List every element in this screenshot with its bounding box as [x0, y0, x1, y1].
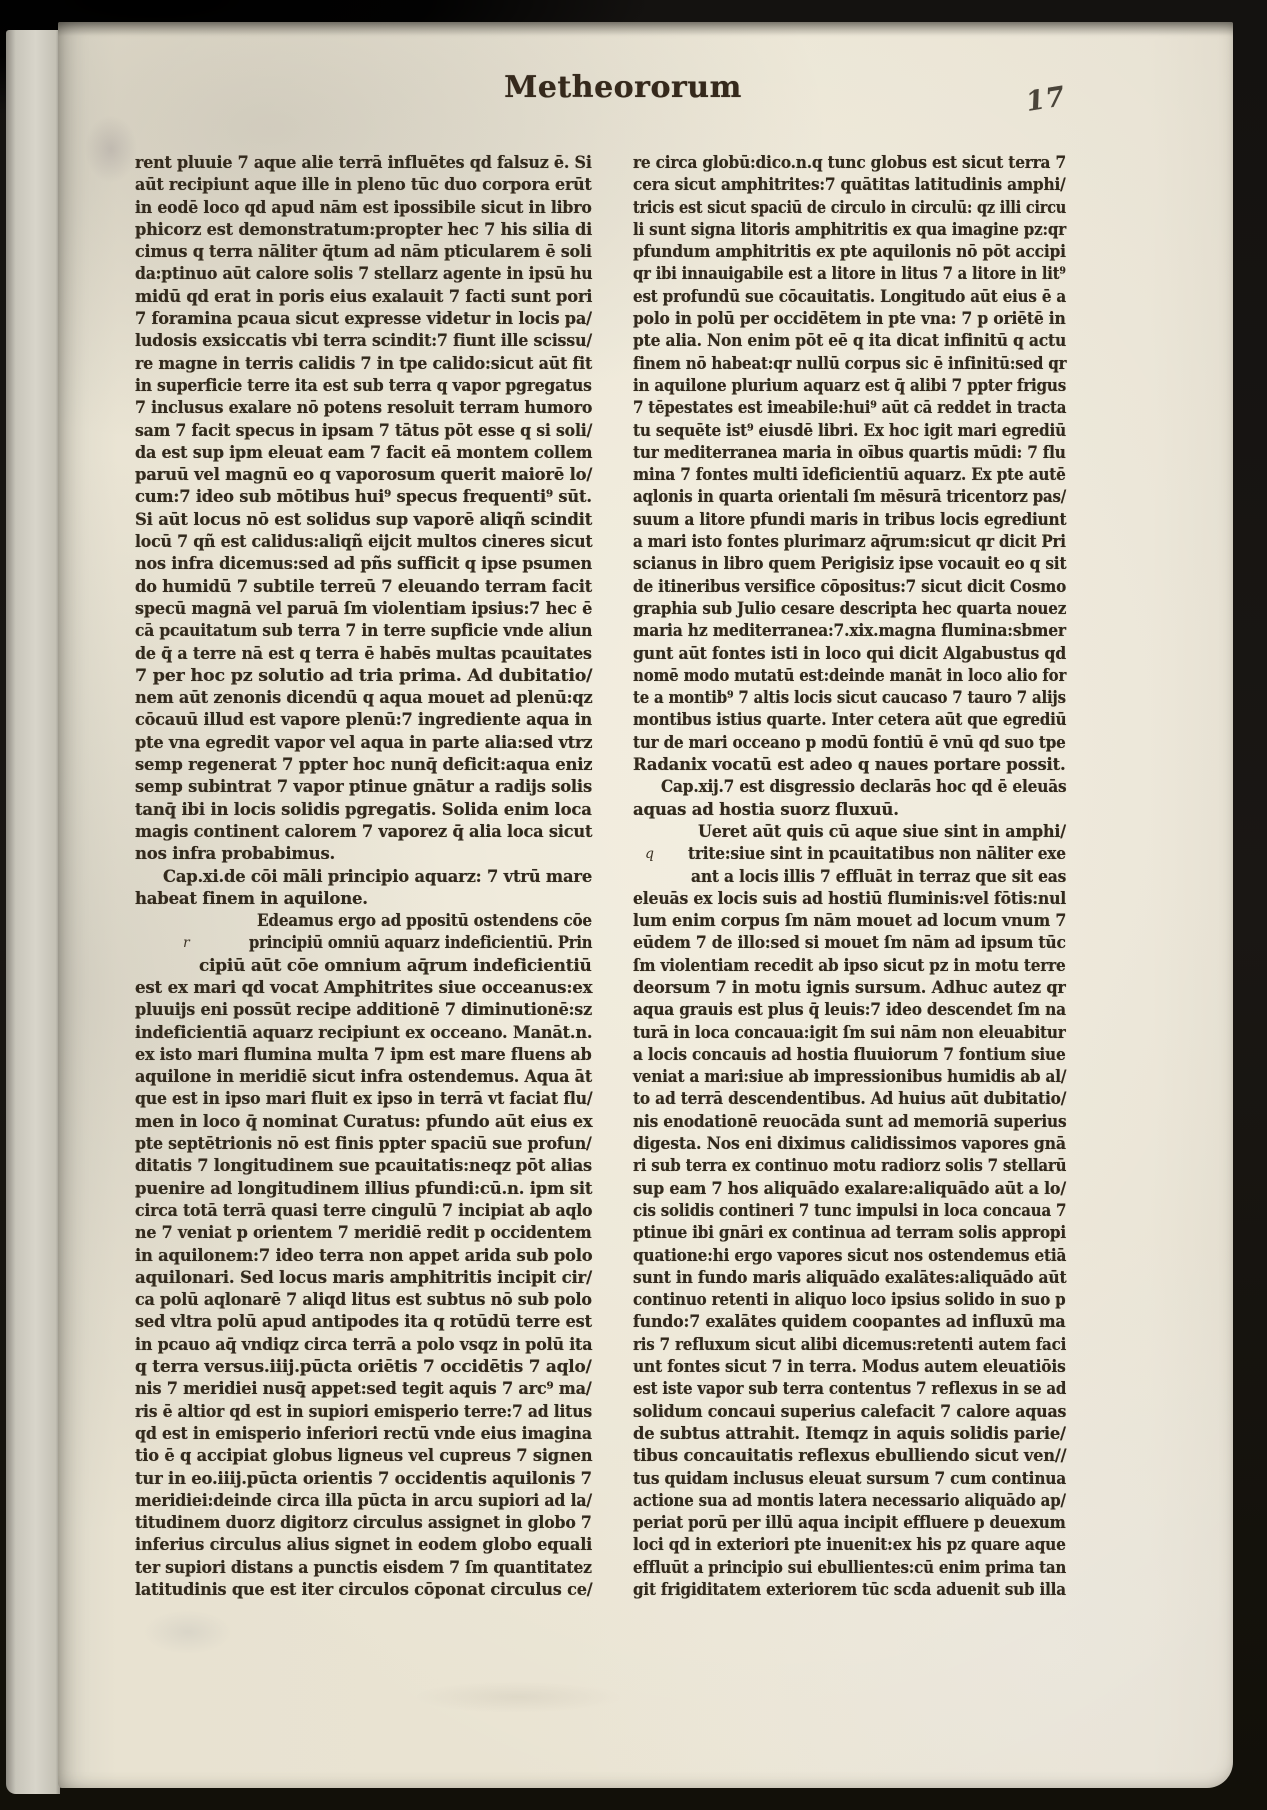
text-line-content: Radanix vocatū est adeo q naues portare …	[633, 754, 1066, 776]
text-line: periat porū per illū aqua incipit efflue…	[633, 1512, 1066, 1534]
text-line: turā in loca concaua:igit ſm sui nām non…	[633, 1022, 1066, 1044]
text-line-content: ex isto mari flumina multa 7 ipm est mar…	[135, 1044, 592, 1066]
text-line: ris 7 refluxum sicut alibi dicemus:reten…	[633, 1334, 1066, 1356]
text-line: locū 7 qñ est calidus:aliqñ eijcit multo…	[135, 531, 592, 553]
text-line: tanq̄ ibi in locis solidis pgregatis. So…	[135, 799, 592, 821]
text-line-content: Cap.xi.de cōi māli principio aquarz: 7 v…	[163, 866, 592, 888]
text-line: pte vna egredit vapor vel aqua in parte …	[135, 732, 592, 754]
text-line-content: q terra versus.iiij.pūcta oriētis 7 occi…	[135, 1356, 592, 1378]
text-line-content: da:ptinuo aūt calore solis 7 stellarz ag…	[135, 263, 592, 285]
text-line: finem nō habeat:qr nullū corpus sic ē in…	[633, 353, 1066, 375]
text-line: continuo retenti in aliquo loco ipsius s…	[633, 1289, 1066, 1311]
text-line-content: Edeamus ergo ad ppositū ostendens cōe	[257, 910, 592, 932]
text-line: solidum concaui superius calefacit 7 cal…	[633, 1401, 1066, 1423]
text-line: cipiū aūt cōe omnium aq̄rum indeficienti…	[135, 955, 592, 977]
text-line: maria hz mediterranea:7.xix.magna flumin…	[633, 620, 1066, 642]
text-line: ter supiori distans a punctis eisdem 7 ſ…	[135, 1557, 592, 1579]
text-line-content: to ad terrā descendentibus. Ad huius aūt…	[633, 1088, 1066, 1110]
text-line: titudinem duorz digitorz circulus assign…	[135, 1512, 592, 1534]
text-line: de q̄ a terre nā est q terra ē habēs mul…	[135, 643, 592, 665]
text-line-content: gunt aūt fontes isti in loco qui dicit A…	[633, 643, 1066, 665]
text-line-content: li sunt signa litoris amphitritis ex qua…	[633, 219, 1066, 241]
text-line-content: magis continent calorem 7 vaporez q̄ ali…	[135, 821, 592, 843]
text-line-content: pfundum amphitritis ex pte aquilonis nō …	[633, 241, 1066, 263]
text-line-content: ludosis exsiccatis vbi terra scindit:7 f…	[135, 330, 592, 352]
text-line-content: cōcauū illud est vapore plenū:7 ingredie…	[135, 709, 592, 731]
text-line-content: semp regenerat 7 ppter hoc nunq̄ deficit…	[135, 754, 592, 776]
text-line-content: ca polū aqlonarē 7 aliqd litus est subtu…	[135, 1289, 592, 1311]
text-line-content: in eodē loco qd apud nām est ipossibile …	[135, 197, 592, 219]
text-line-content: pte vna egredit vapor vel aqua in parte …	[135, 732, 592, 754]
text-line-content: ter supiori distans a punctis eisdem 7 ſ…	[135, 1557, 592, 1579]
text-line: ditatis 7 longitudinem sue pcauitatis:ne…	[135, 1155, 592, 1177]
text-line: in pcauo aq̄ vndiqz circa terrā a polo v…	[135, 1334, 592, 1356]
text-line: aqlonis in quarta orientali ſm mēsurā tr…	[633, 486, 1066, 508]
text-line-content: circa totā terrā quasi terre cingulū 7 i…	[135, 1200, 592, 1222]
text-line: 7 foramina pcaua sicut expresse videtur …	[135, 308, 592, 330]
text-line: semp regenerat 7 ppter hoc nunq̄ deficit…	[135, 754, 592, 776]
text-line-content: digesta. Nos eni diximus calidissimos va…	[633, 1133, 1066, 1155]
text-line: specū magnā vel paruā ſm violentiam ipsi…	[135, 598, 592, 620]
text-line: Ueret aūt quis cū aque siue sint in amph…	[633, 821, 1066, 843]
text-line: pte septētrionis nō est finis ppter spac…	[135, 1133, 592, 1155]
text-line: in superficie terre ita est sub terra q …	[135, 375, 592, 397]
text-column-left: rent pluuie 7 aque alie terrā influētes …	[135, 152, 592, 1601]
facing-page-edge	[6, 30, 60, 1794]
text-line-content: nomē modo mutatū est:deinde manāt in loc…	[633, 665, 1066, 687]
text-line: nomē modo mutatū est:deinde manāt in loc…	[633, 665, 1066, 687]
text-line: tricis est sicut spaciū de circulo in ci…	[633, 197, 1066, 219]
text-line-content: ri sub terra ex continuo motu radiorz so…	[633, 1155, 1066, 1177]
text-line-content: phicorz est demonstratum:propter hec 7 h…	[135, 219, 592, 241]
scanned-book-photo: { "page": { "running_title": "Metheororu…	[0, 0, 1267, 1810]
text-line: cis solidis contineri 7 tunc impulsi in …	[633, 1200, 1066, 1222]
text-line-content: puenire ad longitudinem illius pfundi:cū…	[135, 1178, 592, 1200]
stamp-bottom-left	[128, 1602, 248, 1662]
text-line-content: men in loco q̄ nominat Curatus: pfundo a…	[135, 1111, 592, 1133]
text-line-content: suum a litore pfundi maris in tribus loc…	[633, 509, 1066, 531]
text-line: sam 7 facit specus in ipsam 7 tātus pōt …	[135, 420, 592, 442]
text-line: tur in eo.iiij.pūcta orientis 7 occident…	[135, 1468, 592, 1490]
text-line-content: sam 7 facit specus in ipsam 7 tātus pōt …	[135, 420, 592, 442]
text-line: 7 inclusus exalare nō potens resoluit te…	[135, 397, 592, 419]
text-line-content: ris ē altior qd est in supiori emisperio…	[135, 1401, 592, 1423]
text-line-content: de subtus attrahit. Itemqz in aquis soli…	[633, 1423, 1066, 1445]
text-line: indeficientiā aquarz recipiunt ex occean…	[135, 1022, 592, 1044]
text-line: Si aūt locus nō est solidus sup vaporē a…	[135, 509, 592, 531]
text-line-content: meridiei:deinde circa illa pūcta in arcu…	[135, 1490, 592, 1512]
text-line: circa totā terrā quasi terre cingulū 7 i…	[135, 1200, 592, 1222]
text-line: semp subintrat 7 vapor ptinue gnātur a r…	[135, 776, 592, 798]
text-line-content: sed vltra polū apud antipodes ita q rotū…	[135, 1311, 592, 1333]
text-line-content: cā pcauitatum sub terra 7 in terre supfi…	[135, 620, 592, 642]
text-line: de itineribus versifice cōpositus:7 sicu…	[633, 576, 1066, 598]
text-line: cera sicut amphitrites:7 quātitas latitu…	[633, 174, 1066, 196]
text-line: cōcauū illud est vapore plenū:7 ingredie…	[135, 709, 592, 731]
text-line: 7 tēpestates est imeabile:hui⁹ aūt cā re…	[633, 397, 1066, 419]
text-line: ſm violentiam recedit ab ipso sicut pz i…	[633, 955, 1066, 977]
chapter-heading-line: Cap.xij.7 est disgressio declarās hoc qd…	[633, 776, 1066, 798]
text-line-content: lum enim corpus ſm nām mouet ad locum vn…	[633, 910, 1066, 932]
text-line-content: tur mediterranea maria in oībus quartis …	[633, 442, 1066, 464]
text-line-content: aqlonis in quarta orientali ſm mēsurā tr…	[633, 486, 1066, 508]
text-line-content: mina 7 fontes multi īdeficientiū aquarz.…	[633, 464, 1066, 486]
text-line-content: Ueret aūt quis cū aque siue sint in amph…	[698, 821, 1066, 843]
text-line-content: rent pluuie 7 aque alie terrā influētes …	[135, 152, 592, 174]
text-line: est profundū sue cōcauitatis. Longitudo …	[633, 286, 1066, 308]
text-line-content: paruū vel magnū eo q vaporosum querit ma…	[135, 464, 592, 486]
text-line-content: cis solidis contineri 7 tunc impulsi in …	[633, 1200, 1066, 1222]
text-line-content: habeat finem in aquilone.	[135, 888, 368, 910]
text-line-content: semp subintrat 7 vapor ptinue gnātur a r…	[135, 776, 592, 798]
text-line-content: trite:siue sint in pcauitatibus non nāli…	[688, 843, 1066, 865]
text-line: est ex mari qd vocat Amphitrites siue oc…	[135, 977, 592, 999]
text-line-content: specū magnā vel paruā ſm violentiam ipsi…	[135, 598, 592, 620]
text-line: eūdem 7 de illo:sed si mouet ſm nām ad i…	[633, 932, 1066, 954]
text-line-content: veniat a mari:siue ab impressionibus hum…	[633, 1066, 1066, 1088]
text-line-content: cum:7 ideo sub mōtibus hui⁹ specus frequ…	[135, 486, 592, 508]
text-line-content: ant a locis illis 7 effluāt in terraz qu…	[691, 866, 1066, 888]
text-line-content: tibus concauitatis reflexus ebulliendo s…	[633, 1445, 1066, 1467]
text-line: graphia sub Julio cesare descripta hec q…	[633, 598, 1066, 620]
text-line-content: continuo retenti in aliquo loco ipsius s…	[633, 1289, 1066, 1311]
text-line-content: de q̄ a terre nā est q terra ē habēs mul…	[135, 643, 592, 665]
text-line: aquilone in meridiē sicut infra ostendem…	[135, 1066, 592, 1088]
text-line-content: scianus in libro quem Perigisiz ipse voc…	[633, 553, 1066, 575]
text-line-content: principiū omniū aquarz indeficientiū. Pr…	[249, 932, 592, 954]
text-line: re circa globū:dico.n.q tunc globus est …	[633, 152, 1066, 174]
text-line-content: in superficie terre ita est sub terra q …	[135, 375, 592, 397]
text-line: polo in polū per occidētem in pte vna: 7…	[633, 308, 1066, 330]
text-line: ex isto mari flumina multa 7 ipm est mar…	[135, 1044, 592, 1066]
text-line-content: eleuās ex locis suis ad hostiū fluminis:…	[633, 888, 1066, 910]
text-line-content: aqua grauis est plus q̄ leuis:7 ideo des…	[633, 999, 1066, 1021]
text-line-content: locū 7 qñ est calidus:aliqñ eijcit multo…	[135, 531, 592, 553]
text-line: deorsum 7 in motu ignis sursum. Adhuc au…	[633, 977, 1066, 999]
text-line: puenire ad longitudinem illius pfundi:cū…	[135, 1178, 592, 1200]
initial-guide-letter: r	[183, 932, 190, 954]
text-line: cum:7 ideo sub mōtibus hui⁹ specus frequ…	[135, 486, 592, 508]
text-line: ca polū aqlonarē 7 aliqd litus est subtu…	[135, 1289, 592, 1311]
text-line-content: periat porū per illū aqua incipit efflue…	[633, 1512, 1066, 1534]
text-line-content: indeficientiā aquarz recipiunt ex occean…	[135, 1022, 592, 1044]
text-line: 7 per hoc pz solutio ad tria prima. Ad d…	[135, 665, 592, 687]
text-line: tur mediterranea maria in oībus quartis …	[633, 442, 1066, 464]
text-line-content: nos infra probabimus.	[135, 843, 335, 865]
text-line: Edeamus ergo ad ppositū ostendens cōe	[135, 910, 592, 932]
text-line-content: pte alia. Non enim pōt eē q ita dicat in…	[633, 330, 1066, 352]
text-line-content: tur de mari occeano p modū fontiū ē vnū …	[633, 732, 1066, 754]
text-line-content: aquilone in meridiē sicut infra ostendem…	[135, 1066, 592, 1088]
text-line: te a montib⁹ 7 altis locis sicut caucaso…	[633, 687, 1066, 709]
text-line: tio ē q accipiat globus ligneus vel cupr…	[135, 1445, 592, 1467]
text-line-content: solidum concaui superius calefacit 7 cal…	[633, 1401, 1066, 1423]
text-line: cā pcauitatum sub terra 7 in terre supfi…	[135, 620, 592, 642]
text-line-content: Si aūt locus nō est solidus sup vaporē a…	[135, 509, 592, 531]
text-line: midū qd erat in poris eius exalauit 7 fa…	[135, 286, 592, 308]
text-line-content: est profundū sue cōcauitatis. Longitudo …	[633, 286, 1066, 308]
text-line: ne 7 veniat p orientem 7 meridiē redit p…	[135, 1222, 592, 1244]
text-line: fundo:7 exalātes quidem coopantes ad inf…	[633, 1311, 1066, 1333]
text-line-content: te a montib⁹ 7 altis locis sicut caucaso…	[633, 687, 1066, 709]
text-line-content: sunt in fundo maris aliquādo exalātes:al…	[633, 1267, 1066, 1289]
text-line-content: a mari isto fontes plurimarz aq̄rum:sicu…	[633, 531, 1066, 553]
text-line: lum enim corpus ſm nām mouet ad locum vn…	[633, 910, 1066, 932]
text-line: suum a litore pfundi maris in tribus loc…	[633, 509, 1066, 531]
text-line-content: nis enodationē reuocāda sunt ad memoriā …	[633, 1111, 1066, 1133]
text-line-content: turā in loca concaua:igit ſm sui nām non…	[633, 1022, 1066, 1044]
text-line-content: 7 inclusus exalare nō potens resoluit te…	[135, 397, 592, 419]
text-line-content: est iste vapor sub terra contentus 7 ref…	[633, 1378, 1066, 1400]
text-line: qtrite:siue sint in pcauitatibus non nāl…	[633, 843, 1066, 865]
text-line-content: latitudinis que est iter circulos cōpona…	[135, 1579, 592, 1601]
text-line-content: tu sequēte ist⁹ eiusdē libri. Ex hoc igi…	[633, 420, 1066, 442]
text-line: nis 7 meridiei nusq̄ appet:sed tegit aqu…	[135, 1378, 592, 1400]
text-line-content: pluuijs eni possūt recipe additionē 7 di…	[135, 999, 592, 1021]
text-line: veniat a mari:siue ab impressionibus hum…	[633, 1066, 1066, 1088]
text-line-content: Cap.xij.7 est disgressio declarās hoc qd…	[661, 776, 1066, 798]
text-line: eleuās ex locis suis ad hostiū fluminis:…	[633, 888, 1066, 910]
text-line: ri sub terra ex continuo motu radiorz so…	[633, 1155, 1066, 1177]
text-line-content: quatione:hi ergo vapores sicut nos osten…	[633, 1245, 1066, 1267]
text-line-content: finem nō habeat:qr nullū corpus sic ē in…	[633, 353, 1066, 375]
text-line-content: midū qd erat in poris eius exalauit 7 fa…	[135, 286, 592, 308]
text-line-content: maria hz mediterranea:7.xix.magna flumin…	[633, 620, 1066, 642]
text-line: habeat finem in aquilone.	[135, 888, 592, 910]
chapter-heading-line: Cap.xi.de cōi māli principio aquarz: 7 v…	[135, 866, 592, 888]
text-line: aquas ad hostia suorz fluxuū.	[633, 799, 1066, 821]
text-line: aūt recipiunt aque ille in pleno tūc duo…	[135, 174, 592, 196]
text-line: paruū vel magnū eo q vaporosum querit ma…	[135, 464, 592, 486]
text-line: sed vltra polū apud antipodes ita q rotū…	[135, 1311, 592, 1333]
text-line: qr ibi innauigabile est a litore in litu…	[633, 263, 1066, 285]
text-line: actione sua ad montis latera necessario …	[633, 1490, 1066, 1512]
text-line: loci qd in exteriori pte inuenit:ex his …	[633, 1534, 1066, 1556]
text-line-content: fundo:7 exalātes quidem coopantes ad inf…	[633, 1311, 1066, 1333]
text-line: rent pluuie 7 aque alie terrā influētes …	[135, 152, 592, 174]
text-line-content: do humidū 7 subtile terreū 7 eleuando te…	[135, 576, 592, 598]
text-line-content: cimus q terra nāliter q̄tum ad nām pticu…	[135, 241, 592, 263]
text-line: meridiei:deinde circa illa pūcta in arcu…	[135, 1490, 592, 1512]
text-line-content: nis 7 meridiei nusq̄ appet:sed tegit aqu…	[135, 1378, 592, 1400]
text-line-content: git frigiditatem exteriorem tūc scda adu…	[633, 1579, 1066, 1601]
text-line: tu sequēte ist⁹ eiusdē libri. Ex hoc igi…	[633, 420, 1066, 442]
text-line: que est in ipso mari fluit ex ipso in te…	[135, 1088, 592, 1110]
text-line-content: aquas ad hostia suorz fluxuū.	[633, 799, 899, 821]
text-line: men in loco q̄ nominat Curatus: pfundo a…	[135, 1111, 592, 1133]
text-line: quatione:hi ergo vapores sicut nos osten…	[633, 1245, 1066, 1267]
text-line: nos infra probabimus.	[135, 843, 592, 865]
text-line-content: polo in polū per occidētem in pte vna: 7…	[633, 308, 1066, 330]
text-line: re magne in terris calidis 7 in tpe cali…	[135, 353, 592, 375]
text-line-content: cera sicut amphitrites:7 quātitas latitu…	[633, 174, 1066, 196]
text-line: nem aūt zenonis dicendū q aqua mouet ad …	[135, 687, 592, 709]
text-line: li sunt signa litoris amphitritis ex qua…	[633, 219, 1066, 241]
text-column-right: re circa globū:dico.n.q tunc globus est …	[633, 152, 1066, 1601]
text-line-content: aquilonari. Sed locus maris amphitritis …	[135, 1267, 592, 1289]
text-line: qd est in emisperio inferiori rectū vnde…	[135, 1423, 592, 1445]
text-line: tus quidam inclusus eleuat sursum 7 cum …	[633, 1468, 1066, 1490]
text-line: tibus concauitatis reflexus ebulliendo s…	[633, 1445, 1066, 1467]
text-line: gunt aūt fontes isti in loco qui dicit A…	[633, 643, 1066, 665]
text-line-content: in aquilone plurium aquarz est q̄ alibi …	[633, 375, 1066, 397]
text-line: to ad terrā descendentibus. Ad huius aūt…	[633, 1088, 1066, 1110]
text-line: aquilonari. Sed locus maris amphitritis …	[135, 1267, 592, 1289]
text-line: in aquilonem:7 ideo terra non appet arid…	[135, 1245, 592, 1267]
text-line-content: eūdem 7 de illo:sed si mouet ſm nām ad i…	[633, 932, 1066, 954]
text-line: q terra versus.iiij.pūcta oriētis 7 occi…	[135, 1356, 592, 1378]
text-line-content: effluūt a principio sui ebullientes:cū e…	[633, 1557, 1066, 1579]
text-line: do humidū 7 subtile terreū 7 eleuando te…	[135, 576, 592, 598]
text-line: nos infra dicemus:sed ad pñs sufficit q …	[135, 553, 592, 575]
text-line-content: tur in eo.iiij.pūcta orientis 7 occident…	[135, 1468, 592, 1490]
text-line-content: qr ibi innauigabile est a litore in litu…	[633, 263, 1066, 285]
text-line: ris ē altior qd est in supiori emisperio…	[135, 1401, 592, 1423]
text-line-content: nos infra dicemus:sed ad pñs sufficit q …	[135, 553, 592, 575]
text-line-content: cipiū aūt cōe omnium aq̄rum indeficienti…	[199, 955, 592, 977]
text-line-content: ptinue ibi gnāri ex continua ad terram s…	[633, 1222, 1066, 1244]
text-line: nis enodationē reuocāda sunt ad memoriā …	[633, 1111, 1066, 1133]
text-line: da est sup ipm eleuat eam 7 facit eā mon…	[135, 442, 592, 464]
text-line-content: re circa globū:dico.n.q tunc globus est …	[633, 152, 1066, 174]
text-line-content: ris 7 refluxum sicut alibi dicemus:reten…	[633, 1334, 1066, 1356]
text-line: aqua grauis est plus q̄ leuis:7 ideo des…	[633, 999, 1066, 1021]
text-line: git frigiditatem exteriorem tūc scda adu…	[633, 1579, 1066, 1601]
text-line-content: ne 7 veniat p orientem 7 meridiē redit p…	[135, 1222, 592, 1244]
text-line-content: ſm violentiam recedit ab ipso sicut pz i…	[633, 955, 1066, 977]
text-line-content: da est sup ipm eleuat eam 7 facit eā mon…	[135, 442, 592, 464]
text-line-content: est ex mari qd vocat Amphitrites siue oc…	[135, 977, 592, 999]
text-line: montibus istius quarte. Inter cetera aūt…	[633, 709, 1066, 731]
text-line: a locis concauis ad hostia fluuiorum 7 f…	[633, 1044, 1066, 1066]
text-line-content: tanq̄ ibi in locis solidis pgregatis. So…	[135, 799, 592, 821]
text-line-content: tus quidam inclusus eleuat sursum 7 cum …	[633, 1468, 1066, 1490]
text-line-content: 7 per hoc pz solutio ad tria prima. Ad d…	[135, 665, 592, 687]
text-line: de subtus attrahit. Itemqz in aquis soli…	[633, 1423, 1066, 1445]
text-line-content: 7 tēpestates est imeabile:hui⁹ aūt cā re…	[633, 397, 1066, 419]
text-line-content: loci qd in exteriori pte inuenit:ex his …	[633, 1534, 1066, 1556]
text-line-content: montibus istius quarte. Inter cetera aūt…	[633, 709, 1066, 731]
text-line-content: actione sua ad montis latera necessario …	[633, 1490, 1066, 1512]
text-line-content: de itineribus versifice cōpositus:7 sicu…	[633, 576, 1066, 598]
text-line: pluuijs eni possūt recipe additionē 7 di…	[135, 999, 592, 1021]
text-line: in eodē loco qd apud nām est ipossibile …	[135, 197, 592, 219]
folio-number: 17	[1024, 81, 1068, 118]
text-line-content: ditatis 7 longitudinem sue pcauitatis:ne…	[135, 1155, 592, 1177]
text-line: scianus in libro quem Perigisiz ipse voc…	[633, 553, 1066, 575]
text-line-content: in aquilonem:7 ideo terra non appet arid…	[135, 1245, 592, 1267]
text-line: sup eam 7 hos aliquādo exalare:aliquādo …	[633, 1178, 1066, 1200]
text-line-content: titudinem duorz digitorz circulus assign…	[135, 1512, 592, 1534]
text-line: in aquilone plurium aquarz est q̄ alibi …	[633, 375, 1066, 397]
text-line-content: in pcauo aq̄ vndiqz circa terrā a polo v…	[135, 1334, 592, 1356]
text-line-content: qd est in emisperio inferiori rectū vnde…	[135, 1423, 592, 1445]
text-line: digesta. Nos eni diximus calidissimos va…	[633, 1133, 1066, 1155]
text-line-content: sup eam 7 hos aliquādo exalare:aliquādo …	[633, 1178, 1066, 1200]
text-line-content: tio ē q accipiat globus ligneus vel cupr…	[135, 1445, 592, 1467]
text-line: Radanix vocatū est adeo q naues portare …	[633, 754, 1066, 776]
text-line-content: re magne in terris calidis 7 in tpe cali…	[135, 353, 592, 375]
initial-guide-letter: q	[645, 843, 654, 865]
text-line: ptinue ibi gnāri ex continua ad terram s…	[633, 1222, 1066, 1244]
text-line: rprincipiū omniū aquarz indeficientiū. P…	[135, 932, 592, 954]
text-line-content: deorsum 7 in motu ignis sursum. Adhuc au…	[633, 977, 1066, 999]
text-line-content: 7 foramina pcaua sicut expresse videtur …	[135, 308, 592, 330]
page-surface: Metheororum 17 rent pluuie 7 aque alie t…	[58, 22, 1233, 1788]
running-title: Metheororum	[478, 70, 768, 105]
text-line-content: unt fontes sicut 7 in terra. Modus autem…	[633, 1356, 1066, 1378]
text-line-content: graphia sub Julio cesare descripta hec q…	[633, 598, 1066, 620]
text-line: inferius circulus alius signet in eodem …	[135, 1534, 592, 1556]
text-line-content: inferius circulus alius signet in eodem …	[135, 1534, 592, 1556]
text-line: unt fontes sicut 7 in terra. Modus autem…	[633, 1356, 1066, 1378]
text-line: sunt in fundo maris aliquādo exalātes:al…	[633, 1267, 1066, 1289]
text-line: est iste vapor sub terra contentus 7 ref…	[633, 1378, 1066, 1400]
text-line: pfundum amphitritis ex pte aquilonis nō …	[633, 241, 1066, 263]
text-line: mina 7 fontes multi īdeficientiū aquarz.…	[633, 464, 1066, 486]
text-line: effluūt a principio sui ebullientes:cū e…	[633, 1557, 1066, 1579]
text-line-content: tricis est sicut spaciū de circulo in ci…	[633, 197, 1066, 219]
text-line: ludosis exsiccatis vbi terra scindit:7 f…	[135, 330, 592, 352]
text-line-content: nem aūt zenonis dicendū q aqua mouet ad …	[135, 687, 592, 709]
text-line-content: que est in ipso mari fluit ex ipso in te…	[135, 1088, 592, 1110]
text-line: a mari isto fontes plurimarz aq̄rum:sicu…	[633, 531, 1066, 553]
text-line: magis continent calorem 7 vaporez q̄ ali…	[135, 821, 592, 843]
text-line-content: pte septētrionis nō est finis ppter spac…	[135, 1133, 592, 1155]
text-line: cimus q terra nāliter q̄tum ad nām pticu…	[135, 241, 592, 263]
text-line-content: a locis concauis ad hostia fluuiorum 7 f…	[633, 1044, 1066, 1066]
text-line: tur de mari occeano p modū fontiū ē vnū …	[633, 732, 1066, 754]
text-line: da:ptinuo aūt calore solis 7 stellarz ag…	[135, 263, 592, 285]
text-line: ant a locis illis 7 effluāt in terraz qu…	[633, 866, 1066, 888]
text-line: phicorz est demonstratum:propter hec 7 h…	[135, 219, 592, 241]
stain-bottom	[388, 1677, 648, 1717]
text-line-content: aūt recipiunt aque ille in pleno tūc duo…	[135, 174, 592, 196]
text-line: pte alia. Non enim pōt eē q ita dicat in…	[633, 330, 1066, 352]
text-line: latitudinis que est iter circulos cōpona…	[135, 1579, 592, 1601]
